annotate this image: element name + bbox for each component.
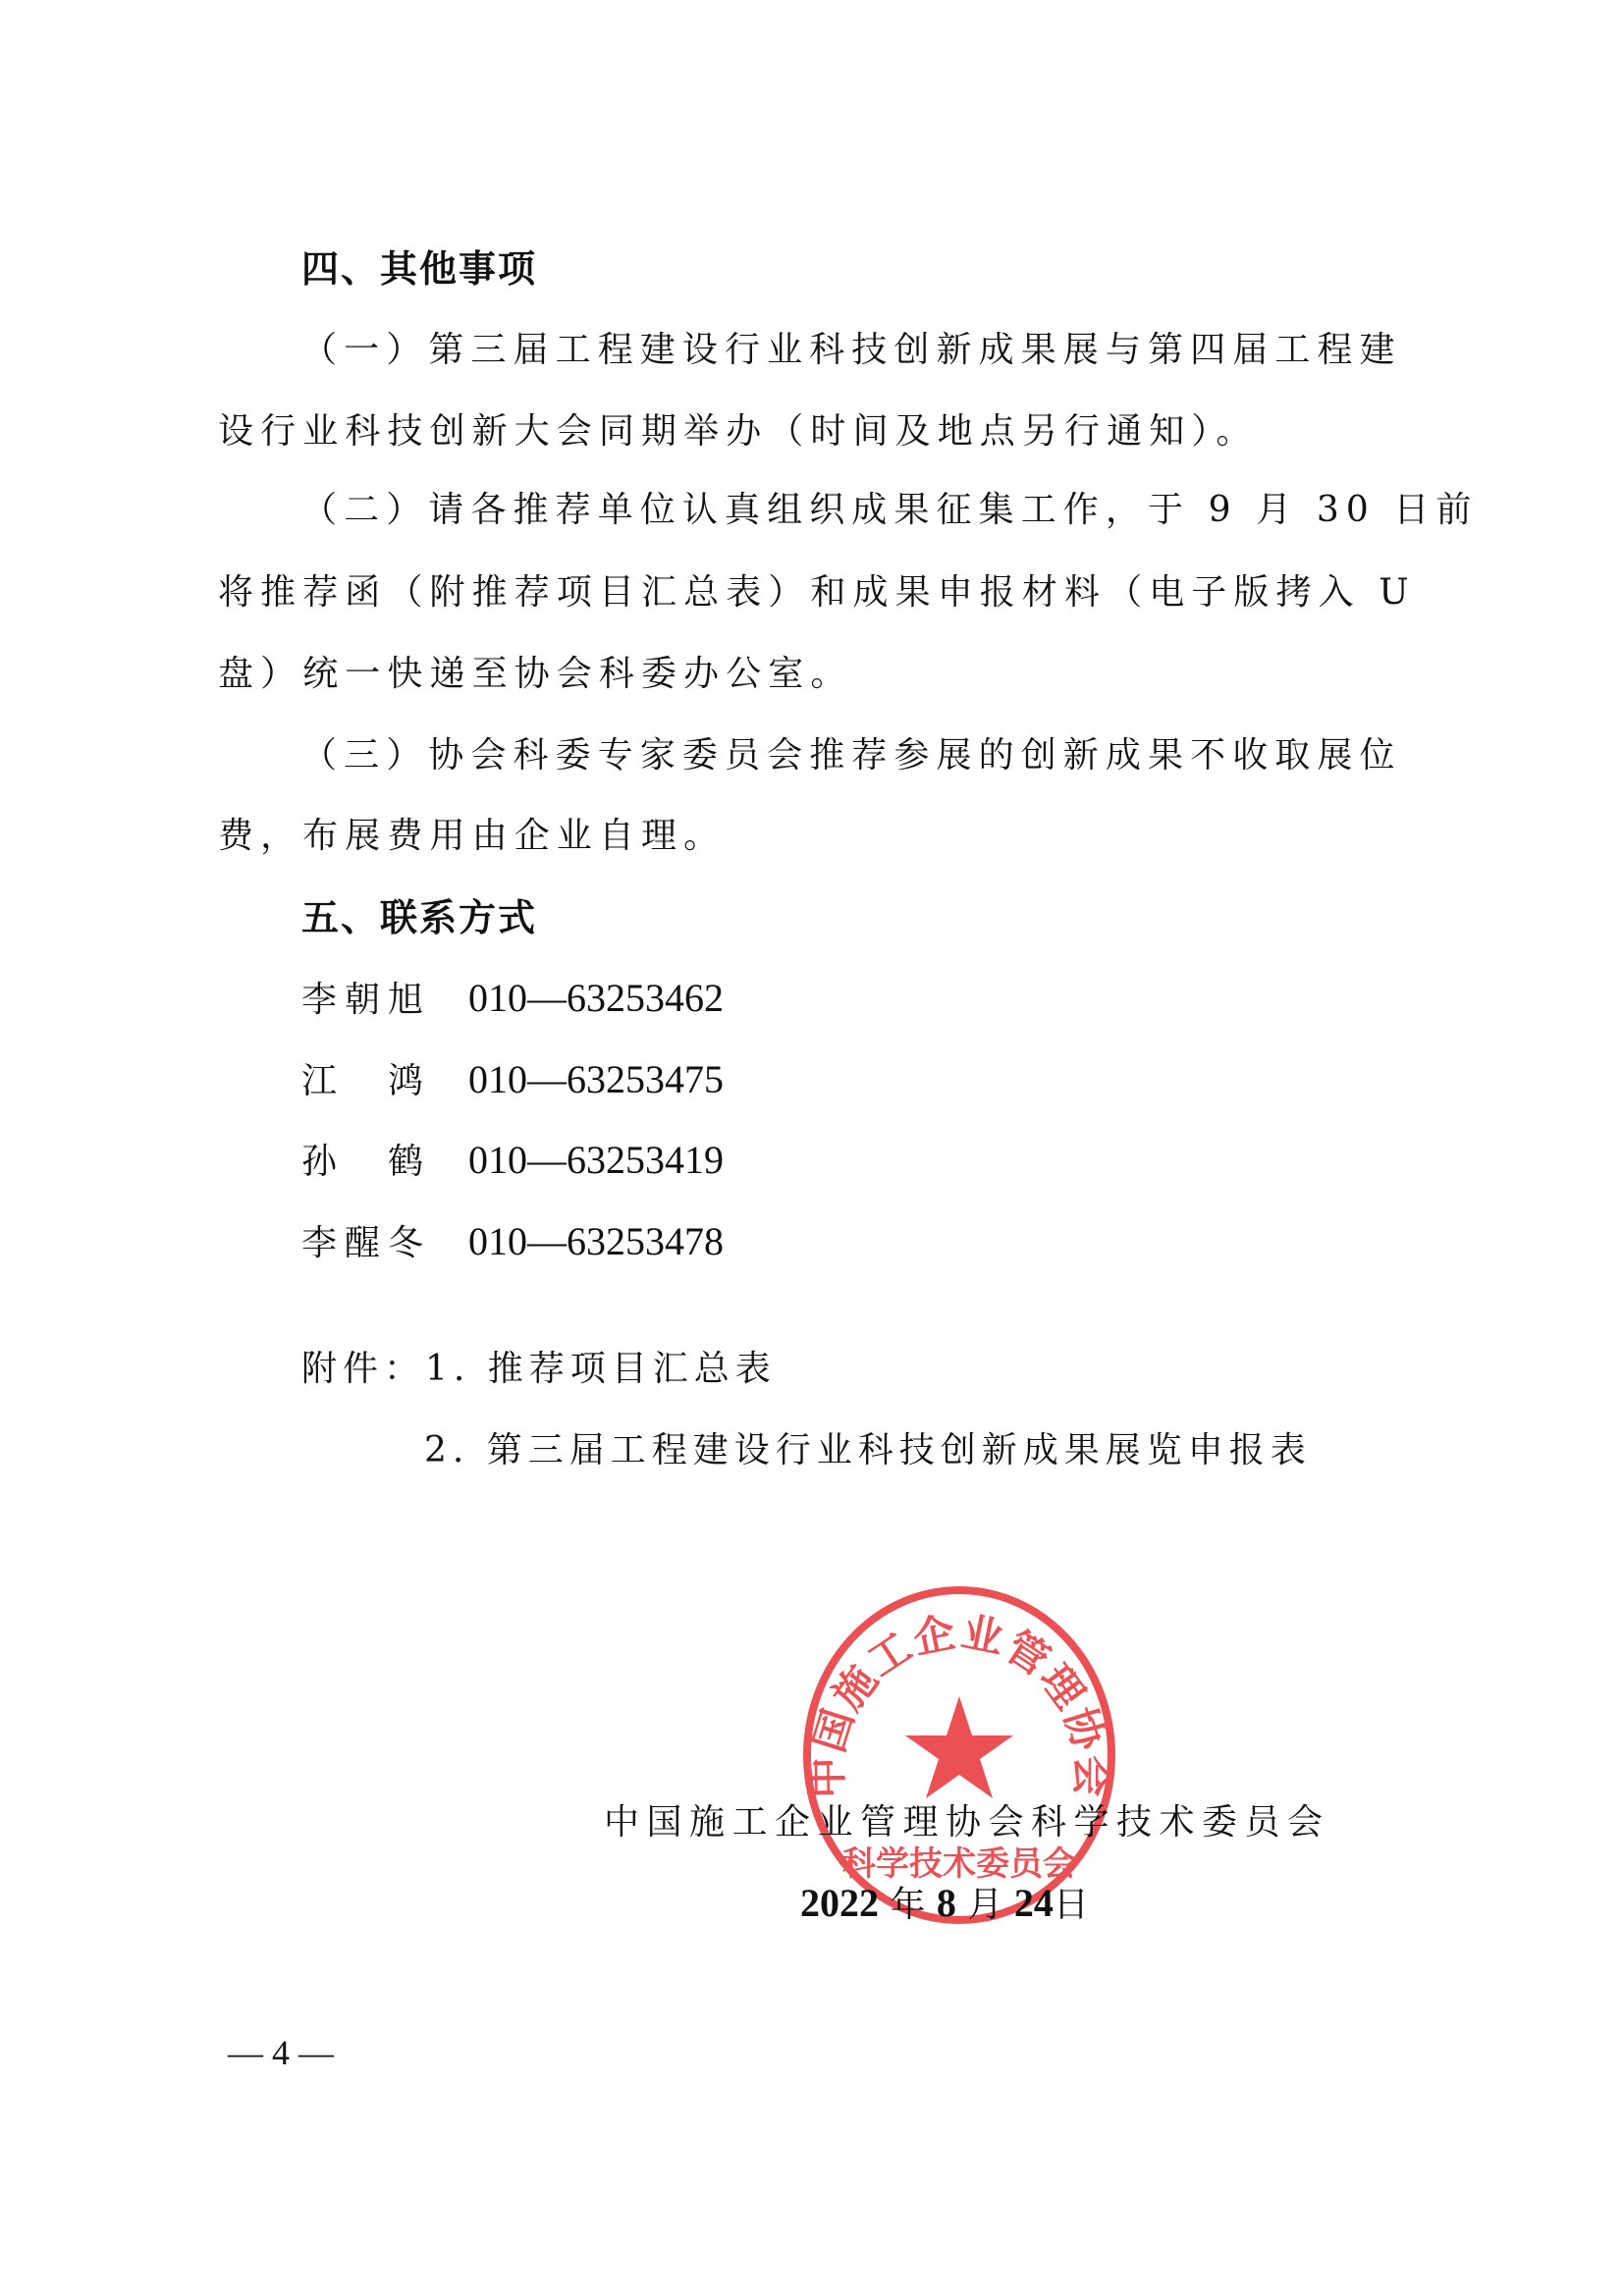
date-day-unit: 日 — [1054, 1885, 1089, 1925]
contact-row: 李醒冬010—63253478 — [301, 1220, 724, 1265]
attachments-label: 附件： — [301, 1349, 425, 1389]
contact-name: 李醒冬 — [301, 1222, 439, 1265]
contact-phone: 010—63253478 — [468, 1219, 724, 1263]
section-heading-other-matters: 四、其他事项 — [301, 247, 537, 291]
date-year: 2022 — [800, 1881, 879, 1925]
contact-row: 李朝旭010—63253462 — [301, 977, 724, 1022]
paragraph-2-line-3: 盘）统一快递至协会科委办公室。 — [218, 653, 853, 696]
attachment-row-1: 附件：1. 推荐项目汇总表 — [301, 1348, 777, 1391]
date-month-unit: 月 — [967, 1885, 1002, 1925]
date-day: 24 — [1014, 1881, 1054, 1925]
attachment-item: 2. 第三届工程建设行业科技创新成果展览申报表 — [424, 1430, 1312, 1470]
contact-row: 孙鹤010—63253419 — [301, 1139, 724, 1184]
contact-phone: 010—63253462 — [468, 976, 724, 1020]
contact-name: 江鸿 — [301, 1060, 439, 1103]
issuing-organization: 中国施工企业管理协会科学技术委员会 — [604, 1794, 1330, 1844]
contact-name: 孙鹤 — [301, 1141, 439, 1184]
date-month: 8 — [937, 1881, 956, 1925]
paragraph-2-line-2: 将推荐函（附推荐项目汇总表）和成果申报材料（电子版拷入 U — [218, 571, 1416, 614]
paragraph-3-line-2: 费，布展费用由企业自理。 — [218, 815, 726, 858]
contact-phone: 010—63253475 — [468, 1057, 724, 1101]
attachment-item: 1. 推荐项目汇总表 — [425, 1349, 777, 1389]
issue-date: 2022 年 8 月 24日 — [800, 1877, 1089, 1927]
attachment-row-2: 2. 第三届工程建设行业科技创新成果展览申报表 — [424, 1429, 1312, 1472]
paragraph-3-line-1: （三）协会科委专家委员会推荐参展的创新成果不收取展位 — [301, 734, 1402, 777]
contact-phone: 010—63253419 — [468, 1138, 724, 1182]
date-year-unit: 年 — [890, 1885, 925, 1925]
paragraph-2-line-1: （二）请各推荐单位认真组织成果征集工作，于 9 月 30 日前 — [301, 489, 1479, 532]
page-number: — 4 — — [228, 2032, 334, 2073]
contact-row: 江鸿010—63253475 — [301, 1058, 724, 1103]
paragraph-1-line-2: 设行业科技创新大会同期举办（时间及地点另行通知）。 — [218, 410, 1259, 454]
paragraph-1-line-1: （一）第三届工程建设行业科技创新成果展与第四届工程建 — [301, 329, 1402, 372]
section-heading-contact: 五、联系方式 — [301, 896, 537, 939]
contact-name: 李朝旭 — [301, 979, 439, 1022]
